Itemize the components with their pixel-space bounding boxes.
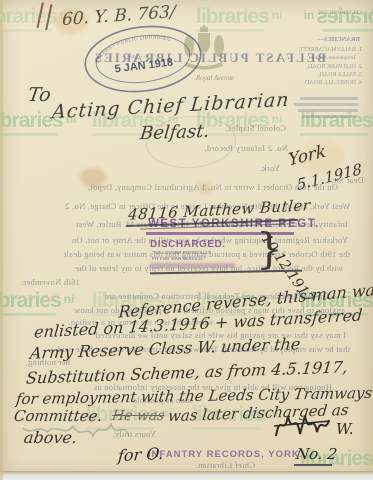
showthrough-body-line: 16th November. [8, 278, 80, 287]
hw-body-6a: Committee. [13, 409, 103, 424]
showthrough-branch: 3. FALLS ROAD, [298, 72, 362, 79]
hw-for-oc: for O. [117, 446, 164, 464]
paper-edge-left [0, 0, 3, 480]
libraries-watermark: librariesni [300, 110, 373, 136]
stamp-smudge [150, 263, 235, 268]
watermark-url-line [0, 133, 58, 136]
svg-text:W.: W. [336, 420, 354, 438]
showthrough-telephone: TELEPHONE 3737 [296, 10, 362, 16]
document-scan: librariesni librariesni librariesni libr… [0, 0, 373, 480]
paper-edge [0, 471, 373, 480]
watermark-word: libraries [317, 5, 373, 28]
signature-squiggle: W. [272, 404, 364, 444]
showthrough-addressee: Colonel Staples, [198, 124, 286, 133]
received-date-stamp: BELFAST PUBLIC LIBRARIES No.............… [78, 17, 208, 101]
watermark-url-line [322, 29, 373, 32]
illegible-small-print [298, 109, 358, 112]
infantry-records-stamp: INFANTRY RECORDS, YORK. [148, 450, 303, 460]
watermark-word: libraries [300, 109, 373, 132]
illegible-small-print [300, 97, 358, 100]
illegible-small-print [302, 115, 356, 118]
watermark-url-line [192, 427, 260, 430]
showthrough-addressee: No. 2 Infantry Record, [182, 144, 288, 153]
hw-underline [294, 464, 332, 466]
watermark-ni: ni [272, 8, 283, 22]
stamp-date: 5 JAN 1918 [114, 56, 174, 75]
showthrough-branches-heading: BRANCHES— [300, 36, 360, 43]
hw-records-no: No. 2 [295, 447, 338, 462]
showthrough-addressee: York. [244, 164, 280, 173]
discharged-stamp-subtext: “NO LONGER PHYSICALLY [152, 251, 211, 256]
illegible-small-print [294, 103, 358, 106]
discharged-stamp-subtext: FIT FOR WAR SERVICE.” [152, 257, 206, 262]
hw-to: To [27, 86, 52, 105]
showthrough-signoff: Chief Librarian. [155, 461, 255, 470]
discharged-stamp: DISCHARGED. [150, 240, 226, 250]
showthrough-body-line: On the 16th October I wrote to No. 1 Agr… [8, 183, 338, 192]
hw-addressee-2: Belfast. [139, 123, 210, 143]
hw-body-6-struck: He was [111, 409, 165, 423]
showthrough-branch: 4. DONEGALL ROAD. [292, 80, 362, 87]
watermark-url-line [300, 133, 368, 136]
hw-body-7: above. [23, 430, 78, 446]
